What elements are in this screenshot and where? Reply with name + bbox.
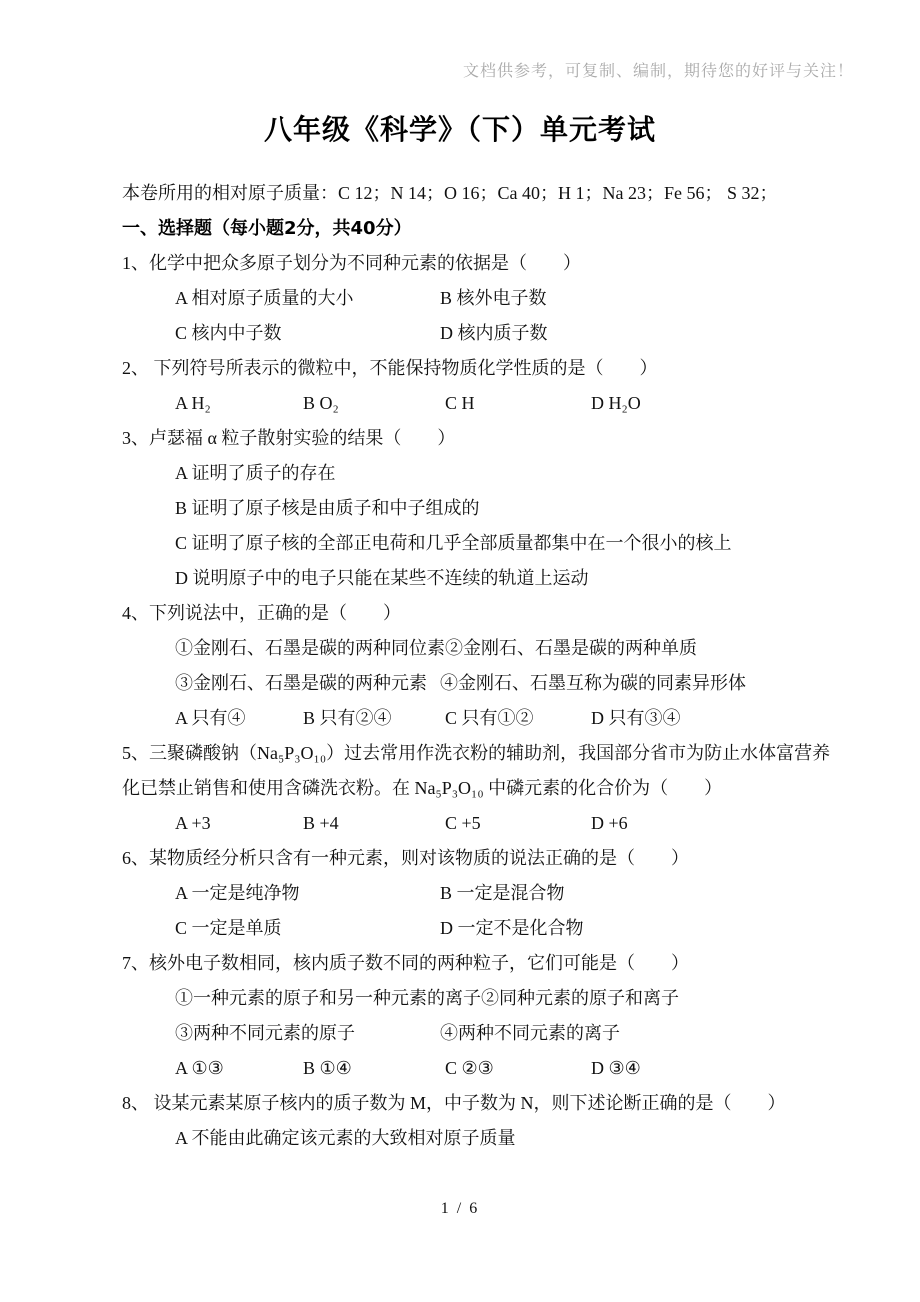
content: 本卷所用的相对原子质量：C 12；N 14；O 16；Ca 40；H 1；Na …: [122, 176, 860, 1156]
questions-area: 1、化学中把众多原子划分为不同种元素的依据是（ ）A 相对原子质量的大小B 核外…: [122, 246, 860, 1156]
question-block: 7、核外电子数相同，核内质子数不同的两种粒子，它们可能是（ ）①一种元素的原子和…: [122, 946, 860, 1086]
option-cell: ③金刚石、石墨是碳的两种元素: [175, 666, 440, 701]
question-block: 6、某物质经分析只含有一种元素，则对该物质的说法正确的是（ ）A 一定是纯净物B…: [122, 841, 860, 946]
option-row: B 证明了原子核是由质子和中子组成的: [122, 491, 860, 526]
question-block: 2、 下列符号所表示的微粒中，不能保持物质化学性质的是（ ）A H₂B O₂C …: [122, 351, 860, 421]
section-heading: 一、选择题（每小题2分，共40分）: [122, 211, 860, 246]
option-cell: C 只有①②: [445, 701, 591, 736]
option-cell: D 核内质子数: [440, 316, 548, 351]
option-row: ①金刚石、石墨是碳的两种同位素②金刚石、石墨是碳的两种单质: [122, 631, 860, 666]
document-notice: 文档供参考，可复制、编制，期待您的好评与关注！: [463, 58, 854, 81]
option-cell: A 相对原子质量的大小: [175, 281, 440, 316]
option-row: A 不能由此确定该元素的大致相对原子质量: [122, 1121, 860, 1156]
question-stem: 8、 设某元素某原子核内的质子数为 M，中子数为 N，则下述论断正确的是（ ）: [122, 1086, 860, 1121]
option-cell: C 证明了原子核的全部正电荷和几乎全部质量都集中在一个很小的核上: [175, 526, 732, 561]
question-block: 3、卢瑟福 α 粒子散射实验的结果（ ）A 证明了质子的存在B 证明了原子核是由…: [122, 421, 860, 596]
option-cell: A 只有④: [175, 701, 303, 736]
option-cell: D ③④: [591, 1051, 641, 1086]
option-cell: ③两种不同元素的原子: [175, 1016, 440, 1051]
option-cell: A +3: [175, 806, 303, 841]
option-cell: B 只有②④: [303, 701, 445, 736]
option-cell: C ②③: [445, 1051, 591, 1086]
option-cell: ①一种元素的原子和另一种元素的离子: [175, 981, 481, 1016]
option-row: C 一定是单质D 一定不是化合物: [122, 911, 860, 946]
question-stem: 5、三聚磷酸钠（Na₅P₃O₁₀）过去常用作洗衣粉的辅助剂，我国部分省市为防止水…: [122, 736, 860, 771]
option-cell: C 一定是单质: [175, 911, 440, 946]
question-stem: 6、某物质经分析只含有一种元素，则对该物质的说法正确的是（ ）: [122, 841, 860, 876]
option-row: A H₂B O₂C HD H₂O: [122, 386, 860, 421]
option-row: ③两种不同元素的原子④两种不同元素的离子: [122, 1016, 860, 1051]
option-cell: ④两种不同元素的离子: [440, 1016, 620, 1051]
option-cell: B 证明了原子核是由质子和中子组成的: [175, 491, 480, 526]
option-cell: A 证明了质子的存在: [175, 456, 336, 491]
option-row: A +3B +4C +5D +6: [122, 806, 860, 841]
option-row: ③金刚石、石墨是碳的两种元素④金刚石、石墨互称为碳的同素异形体: [122, 666, 860, 701]
option-cell: C +5: [445, 806, 591, 841]
option-cell: D H₂O: [591, 386, 641, 421]
option-cell: B O₂: [303, 386, 445, 421]
question-block: 1、化学中把众多原子划分为不同种元素的依据是（ ）A 相对原子质量的大小B 核外…: [122, 246, 860, 351]
question-block: 8、 设某元素某原子核内的质子数为 M，中子数为 N，则下述论断正确的是（ ）A…: [122, 1086, 860, 1156]
option-row: C 核内中子数D 核内质子数: [122, 316, 860, 351]
option-cell: ②金刚石、石墨是碳的两种单质: [445, 631, 697, 666]
option-row: A ①③B ①④C ②③D ③④: [122, 1051, 860, 1086]
option-cell: D 一定不是化合物: [440, 911, 584, 946]
option-cell: A 不能由此确定该元素的大致相对原子质量: [175, 1121, 516, 1156]
question-stem: 1、化学中把众多原子划分为不同种元素的依据是（ ）: [122, 246, 860, 281]
option-cell: C 核内中子数: [175, 316, 440, 351]
option-cell: ④金刚石、石墨互称为碳的同素异形体: [440, 666, 746, 701]
question-block: 4、下列说法中，正确的是（ ）①金刚石、石墨是碳的两种同位素②金刚石、石墨是碳的…: [122, 596, 860, 736]
question-block: 5、三聚磷酸钠（Na₅P₃O₁₀）过去常用作洗衣粉的辅助剂，我国部分省市为防止水…: [122, 736, 860, 841]
option-cell: B 核外电子数: [440, 281, 547, 316]
question-stem: 7、核外电子数相同，核内质子数不同的两种粒子，它们可能是（ ）: [122, 946, 860, 981]
page-number: 1 / 6: [0, 1200, 920, 1218]
option-cell: D 只有③④: [591, 701, 681, 736]
option-row: A 证明了质子的存在: [122, 456, 860, 491]
option-row: D 说明原子中的电子只能在某些不连续的轨道上运动: [122, 561, 860, 596]
option-cell: D 说明原子中的电子只能在某些不连续的轨道上运动: [175, 561, 589, 596]
option-cell: A 一定是纯净物: [175, 876, 440, 911]
option-cell: B +4: [303, 806, 445, 841]
option-cell: ①金刚石、石墨是碳的两种同位素: [175, 631, 445, 666]
option-cell: D +6: [591, 806, 628, 841]
option-cell: A ①③: [175, 1051, 303, 1086]
page-title: 八年级《科学》（下）单元考试: [0, 108, 920, 148]
option-row: A 一定是纯净物B 一定是混合物: [122, 876, 860, 911]
question-stem: 2、 下列符号所表示的微粒中，不能保持物质化学性质的是（ ）: [122, 351, 860, 386]
question-stem: 4、下列说法中，正确的是（ ）: [122, 596, 860, 631]
option-cell: B ①④: [303, 1051, 445, 1086]
atomic-mass-line: 本卷所用的相对原子质量：C 12；N 14；O 16；Ca 40；H 1；Na …: [122, 176, 860, 211]
page: 文档供参考，可复制、编制，期待您的好评与关注！ 八年级《科学》（下）单元考试 本…: [0, 0, 920, 1302]
question-stem: 化已禁止销售和使用含磷洗衣粉。在 Na₅P₃O₁₀ 中磷元素的化合价为（ ）: [122, 771, 860, 806]
option-row: C 证明了原子核的全部正电荷和几乎全部质量都集中在一个很小的核上: [122, 526, 860, 561]
option-cell: A H₂: [175, 386, 303, 421]
option-cell: C H: [445, 386, 591, 421]
option-cell: ②同种元素的原子和离子: [481, 981, 679, 1016]
option-row: ①一种元素的原子和另一种元素的离子②同种元素的原子和离子: [122, 981, 860, 1016]
option-cell: B 一定是混合物: [440, 876, 565, 911]
option-row: A 只有④B 只有②④C 只有①②D 只有③④: [122, 701, 860, 736]
question-stem: 3、卢瑟福 α 粒子散射实验的结果（ ）: [122, 421, 860, 456]
option-row: A 相对原子质量的大小B 核外电子数: [122, 281, 860, 316]
